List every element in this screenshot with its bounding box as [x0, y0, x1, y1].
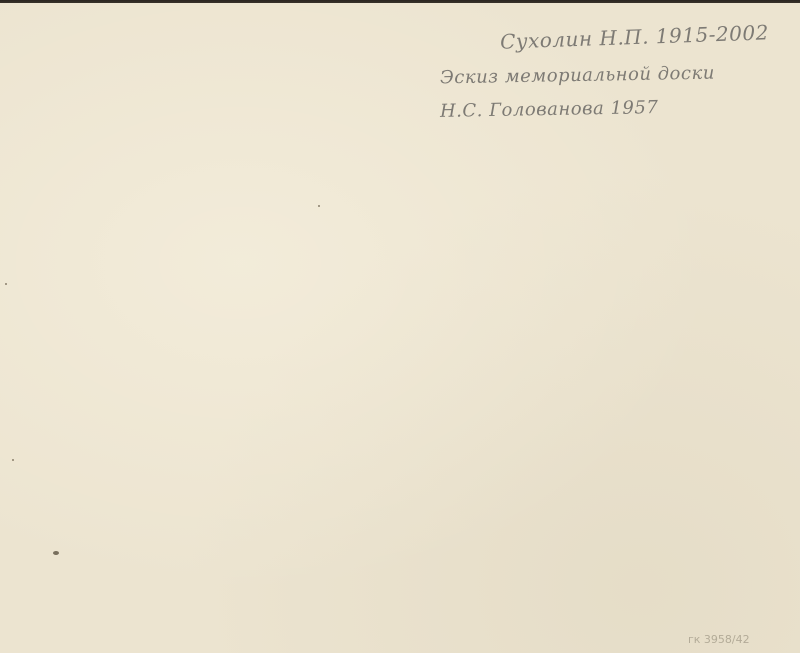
author-inscription: Сухолин Н.П. 1915-2002	[500, 20, 770, 53]
paper-stain	[53, 551, 59, 555]
paper-speck	[12, 459, 14, 461]
paper-speck	[5, 283, 7, 285]
title-inscription-line-2: Н.С. Голованова 1957	[440, 97, 659, 122]
inventory-number: гк 3958/42	[688, 633, 750, 646]
paper-speck	[318, 205, 320, 207]
title-inscription-line-1: Эскиз мемориальной доски	[440, 63, 715, 89]
paper-sheet: Сухолин Н.П. 1915-2002 Эскиз мемориально…	[0, 3, 800, 653]
